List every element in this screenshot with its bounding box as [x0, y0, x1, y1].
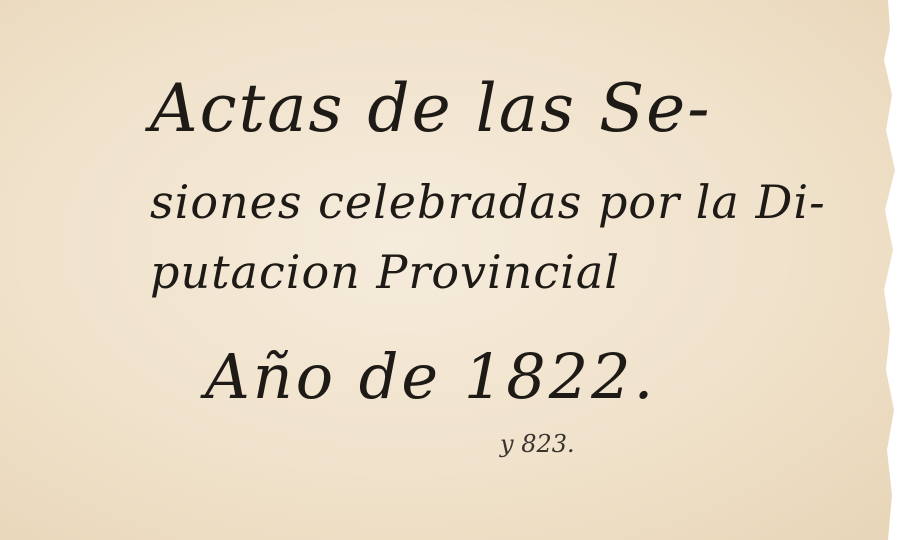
title-line-2: siones celebradas por la Di-: [150, 175, 826, 229]
title-line-1: Actas de las Se-: [150, 70, 712, 147]
year-addendum: y 823.: [500, 430, 575, 458]
manuscript-page: Actas de las Se- siones celebradas por l…: [0, 0, 895, 540]
title-line-3: putacion Provincial: [150, 245, 620, 299]
year-line: Año de 1822.: [205, 340, 656, 413]
